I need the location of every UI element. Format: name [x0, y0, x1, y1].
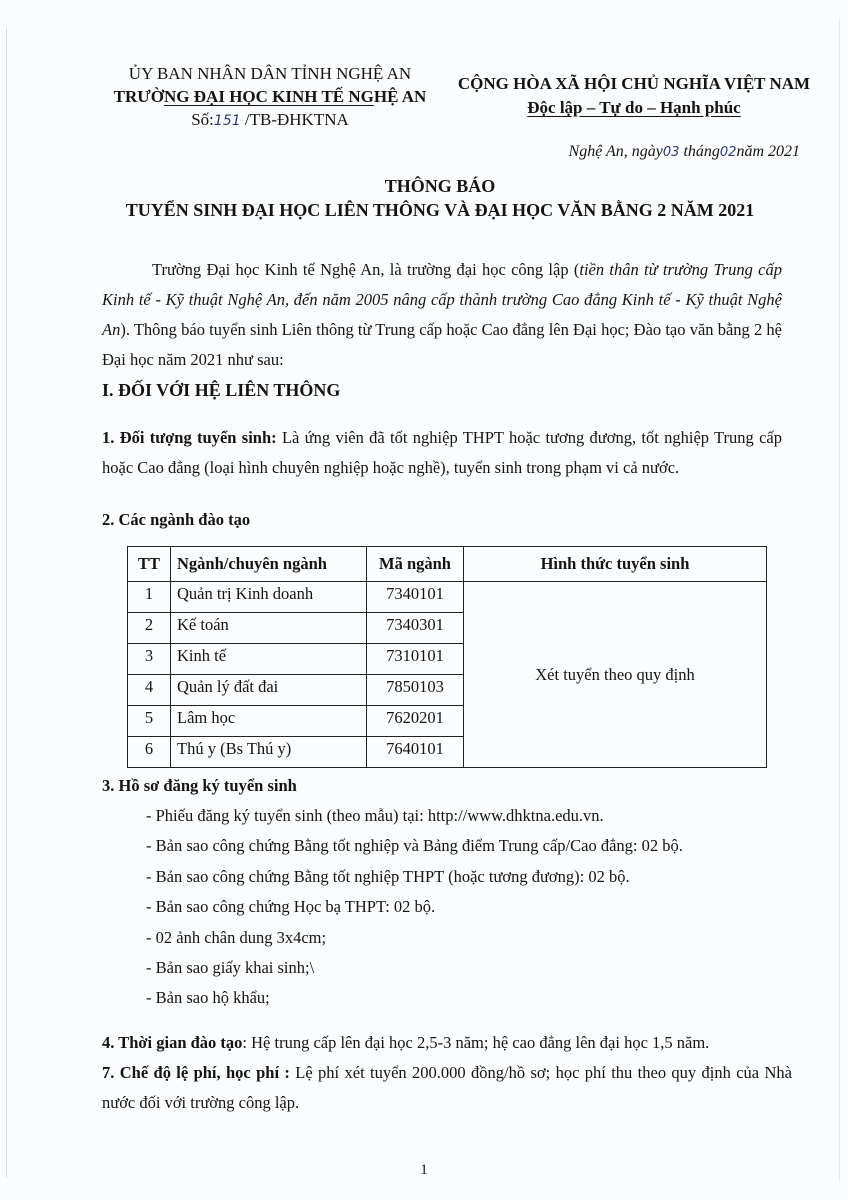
document-subject-title: TUYỂN SINH ĐẠI HỌC LIÊN THÔNG VÀ ĐẠI HỌC… [80, 200, 800, 221]
documents-heading: 3. Hồ sơ đăng ký tuyển sinh [102, 776, 297, 796]
handwritten-day: 03 [663, 145, 680, 160]
table-header-row: TT Ngành/chuyên ngành Mã ngành Hình thức… [128, 547, 767, 582]
scan-page-edge-right [839, 20, 840, 1180]
document-number: Số:151 /TB-ĐHKTNA [100, 108, 440, 133]
fees-paragraph: 7. Chế độ lệ phí, học phí : Lệ phí xét t… [102, 1058, 792, 1118]
eligibility-paragraph: 1. Đối tượng tuyển sinh: Là ứng viên đã … [102, 423, 782, 483]
issuer-header: ỦY BAN NHÂN DÂN TỈNH NGHỆ AN TRƯỜNG ĐẠI … [100, 62, 440, 133]
list-item: - Bản sao giấy khai sinh;\ [146, 953, 806, 983]
intro-paragraph: Trường Đại học Kinh tế Nghệ An, là trườn… [102, 255, 782, 375]
list-item: - Bản sao công chứng Bằng tốt nghiệp THP… [146, 862, 806, 892]
document-type-title: THÔNG BÁO [80, 176, 800, 197]
scan-page-edge-left [6, 28, 7, 1178]
date-line: Nghệ An, ngày03 tháng02năm 2021 [510, 143, 800, 161]
section-heading: I. ĐỐI VỚI HỆ LIÊN THÔNG [102, 380, 340, 401]
list-item: - Bản sao hộ khẩu; [146, 983, 806, 1013]
country-name: CỘNG HÒA XÃ HỘI CHỦ NGHĨA VIỆT NAM [448, 72, 820, 96]
list-item: - Bản sao công chứng Bằng tốt nghiệp và … [146, 831, 806, 861]
page-number: 1 [404, 1162, 444, 1179]
documents-list: - Phiếu đăng ký tuyển sinh (theo mẫu) tạ… [146, 801, 806, 1014]
school-name: TRƯỜNG ĐẠI HỌC KINH TẾ NGHỆ AN [100, 85, 440, 108]
handwritten-month: 02 [720, 145, 737, 160]
handwritten-number: 151 [214, 113, 241, 129]
list-item: - 02 ảnh chân dung 3x4cm; [146, 923, 806, 953]
programs-heading: 2. Các ngành đào tạo [102, 510, 250, 530]
authority-name: ỦY BAN NHÂN DÂN TỈNH NGHỆ AN [100, 62, 440, 85]
admission-form-cell: Xét tuyển theo quy định [464, 582, 767, 768]
national-motto: Độc lập – Tự do – Hạnh phúc [527, 98, 740, 117]
national-header: CỘNG HÒA XÃ HỘI CHỦ NGHĨA VIỆT NAM Độc l… [448, 72, 820, 120]
table-row: 1Quản trị Kinh doanh7340101Xét tuyển the… [128, 582, 767, 613]
programs-table: TT Ngành/chuyên ngành Mã ngành Hình thức… [127, 546, 767, 768]
duration-paragraph: 4. Thời gian đào tạo: Hệ trung cấp lên đ… [102, 1028, 792, 1058]
list-item: - Phiếu đăng ký tuyển sinh (theo mẫu) tạ… [146, 801, 806, 831]
list-item: - Bản sao công chứng Học bạ THPT: 02 bộ. [146, 892, 806, 922]
